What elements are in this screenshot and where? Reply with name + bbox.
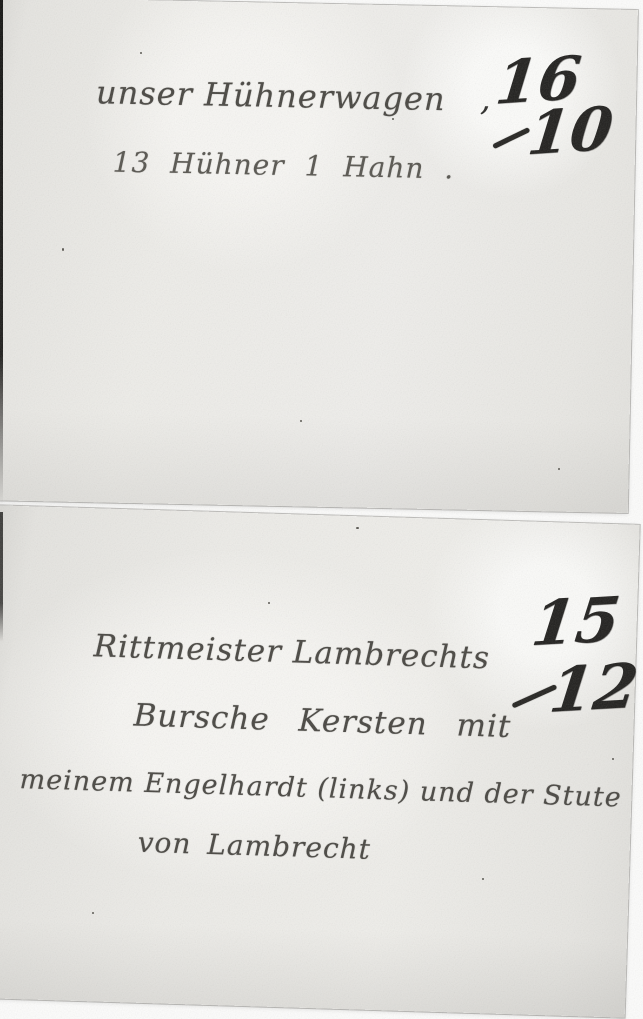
fraction-slash [492, 127, 530, 149]
dust-speck [268, 602, 270, 604]
caption-line: 13 Hühner 1 Hahn . [112, 146, 454, 186]
photo-number-numerator: 15 [528, 583, 624, 660]
dust-speck [356, 527, 359, 529]
pen-mark-comma: , [480, 79, 492, 119]
photo-number-denominator: 12 [546, 649, 642, 726]
photo-number-denominator: 10 [524, 94, 616, 169]
dust-speck [300, 420, 302, 422]
photo-back-card-top: unser Hühnerwagen 13 Hühner 1 Hahn . , 1… [0, 0, 638, 513]
page-edge-shadow [0, 512, 3, 642]
caption-line: unser Hühnerwagen [96, 73, 446, 118]
dust-speck [62, 248, 64, 251]
scanned-album-page: unser Hühnerwagen 13 Hühner 1 Hahn . , 1… [0, 0, 643, 1019]
dust-speck [140, 52, 142, 54]
caption-line: von Lambrecht [137, 826, 371, 866]
caption-line: Bursche Kersten mit [133, 698, 512, 746]
dust-speck [392, 118, 394, 120]
pencil-smudge [4, 475, 50, 486]
dust-speck [558, 468, 560, 470]
dust-speck [612, 758, 614, 760]
dust-speck [482, 878, 484, 880]
caption-line: meinem Engelhardt (links) und der Stute [19, 764, 622, 813]
page-edge-shadow [0, 0, 3, 505]
dust-speck [92, 912, 94, 914]
photo-back-card-bottom: Rittmeister Lambrechts Bursche Kersten m… [0, 505, 640, 1018]
caption-line: Rittmeister Lambrechts [93, 628, 490, 676]
